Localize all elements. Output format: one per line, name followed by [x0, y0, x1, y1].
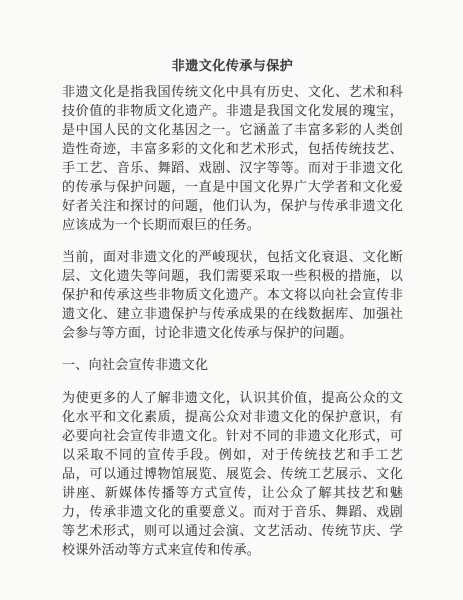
document-page: 非遗文化传承与保护 非遗文化是指我国传统文化中具有历史、文化、艺术和科技价值的非… — [0, 0, 463, 600]
section-heading-1: 一、向社会宣传非遗文化 — [62, 355, 403, 374]
document-title: 非遗文化传承与保护 — [62, 56, 403, 75]
paragraph-intro: 非遗文化是指我国传统文化中具有历史、文化、艺术和科技价值的非物质文化遗产。非遗是… — [62, 82, 403, 234]
paragraph-current-situation: 当前，面对非遗文化的严峻现状，包括文化衰退、文化断层、文化遗失等问题，我们需要采… — [62, 247, 403, 342]
paragraph-promotion: 为使更多的人了解非遗文化，认识其价值，提高公众的文化水平和文化素质，提高公众对非… — [62, 388, 403, 559]
